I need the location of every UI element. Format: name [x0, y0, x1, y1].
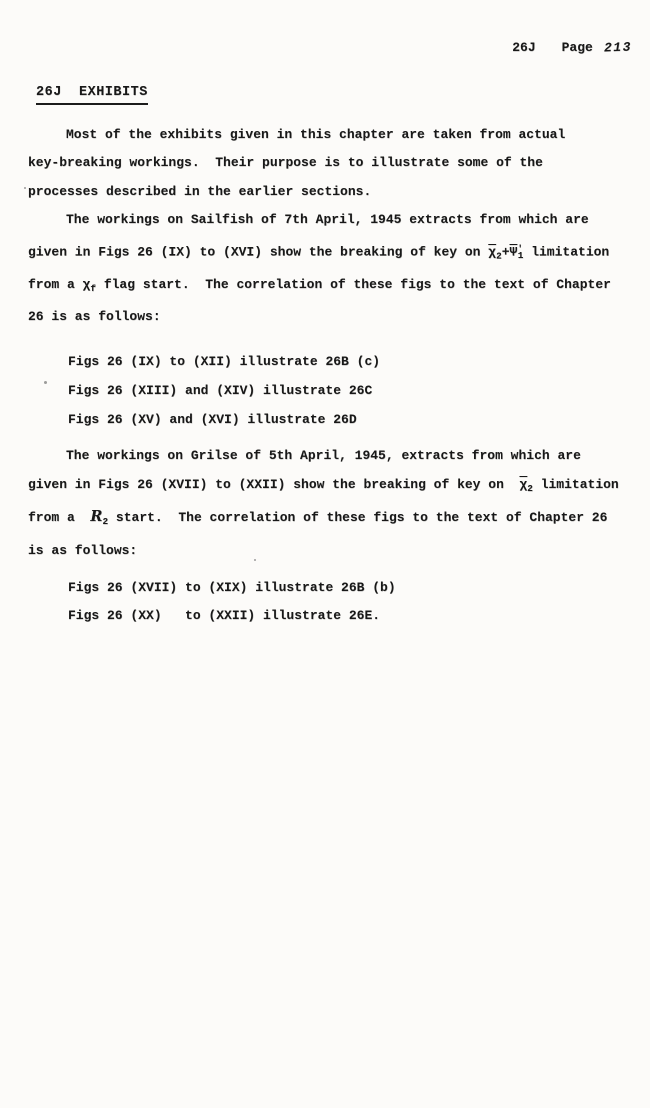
- text-line: 26 is as follows:: [28, 303, 634, 331]
- section-heading-text: 26J EXHIBITS: [36, 85, 148, 105]
- paragraph-grilse: The workings on Grilse of 5th April, 194…: [28, 442, 634, 565]
- scan-speck: [24, 187, 26, 189]
- scan-speck: [254, 559, 256, 561]
- figure-correlation-list-grilse: Figs 26 (XVII) to (XIX) illustrate 26B (…: [68, 574, 634, 631]
- list-item: Figs 26 (XX) to (XXII) illustrate 26E.: [68, 602, 634, 630]
- text-line: given in Figs 26 (XVII) to (XXII) show t…: [28, 471, 634, 503]
- list-item: Figs 26 (XVII) to (XIX) illustrate 26B (…: [68, 574, 634, 602]
- text-line: The workings on Grilse of 5th April, 194…: [28, 442, 634, 470]
- text-line: The workings on Sailfish of 7th April, 1…: [28, 206, 634, 234]
- section-heading: 26J EXHIBITS: [36, 85, 148, 100]
- header-section-number: 26J: [512, 40, 535, 55]
- paragraph-intro: Most of the exhibits given in this chapt…: [28, 121, 634, 206]
- list-item: Figs 26 (XV) and (XVI) illustrate 26D: [68, 405, 634, 434]
- header-page-label: Page: [562, 40, 593, 55]
- paragraph-sailfish: The workings on Sailfish of 7th April, 1…: [28, 206, 634, 331]
- scan-speck: [44, 381, 47, 384]
- header-page-number: 213: [604, 40, 632, 56]
- list-item: Figs 26 (XIII) and (XIV) illustrate 26C: [68, 376, 634, 405]
- text-line: from a R2 start. The correlation of thes…: [28, 503, 634, 536]
- text-line: given in Figs 26 (IX) to (XVI) show the …: [28, 235, 634, 271]
- document-page: 26JPage213 26J EXHIBITS Most of the exhi…: [0, 0, 650, 1108]
- page-header: 26JPage213: [481, 25, 632, 70]
- list-item: Figs 26 (IX) to (XII) illustrate 26B (c): [68, 347, 634, 376]
- document-body: Most of the exhibits given in this chapt…: [28, 121, 634, 631]
- text-line: Most of the exhibits given in this chapt…: [28, 121, 634, 149]
- text-line: from a χf flag start. The correlation of…: [28, 271, 634, 303]
- text-line: is as follows:: [28, 537, 634, 565]
- text-line: key-breaking workings. Their purpose is …: [28, 149, 634, 177]
- text-line: processes described in the earlier secti…: [28, 178, 634, 206]
- figure-correlation-list-sailfish: Figs 26 (IX) to (XII) illustrate 26B (c)…: [68, 347, 634, 434]
